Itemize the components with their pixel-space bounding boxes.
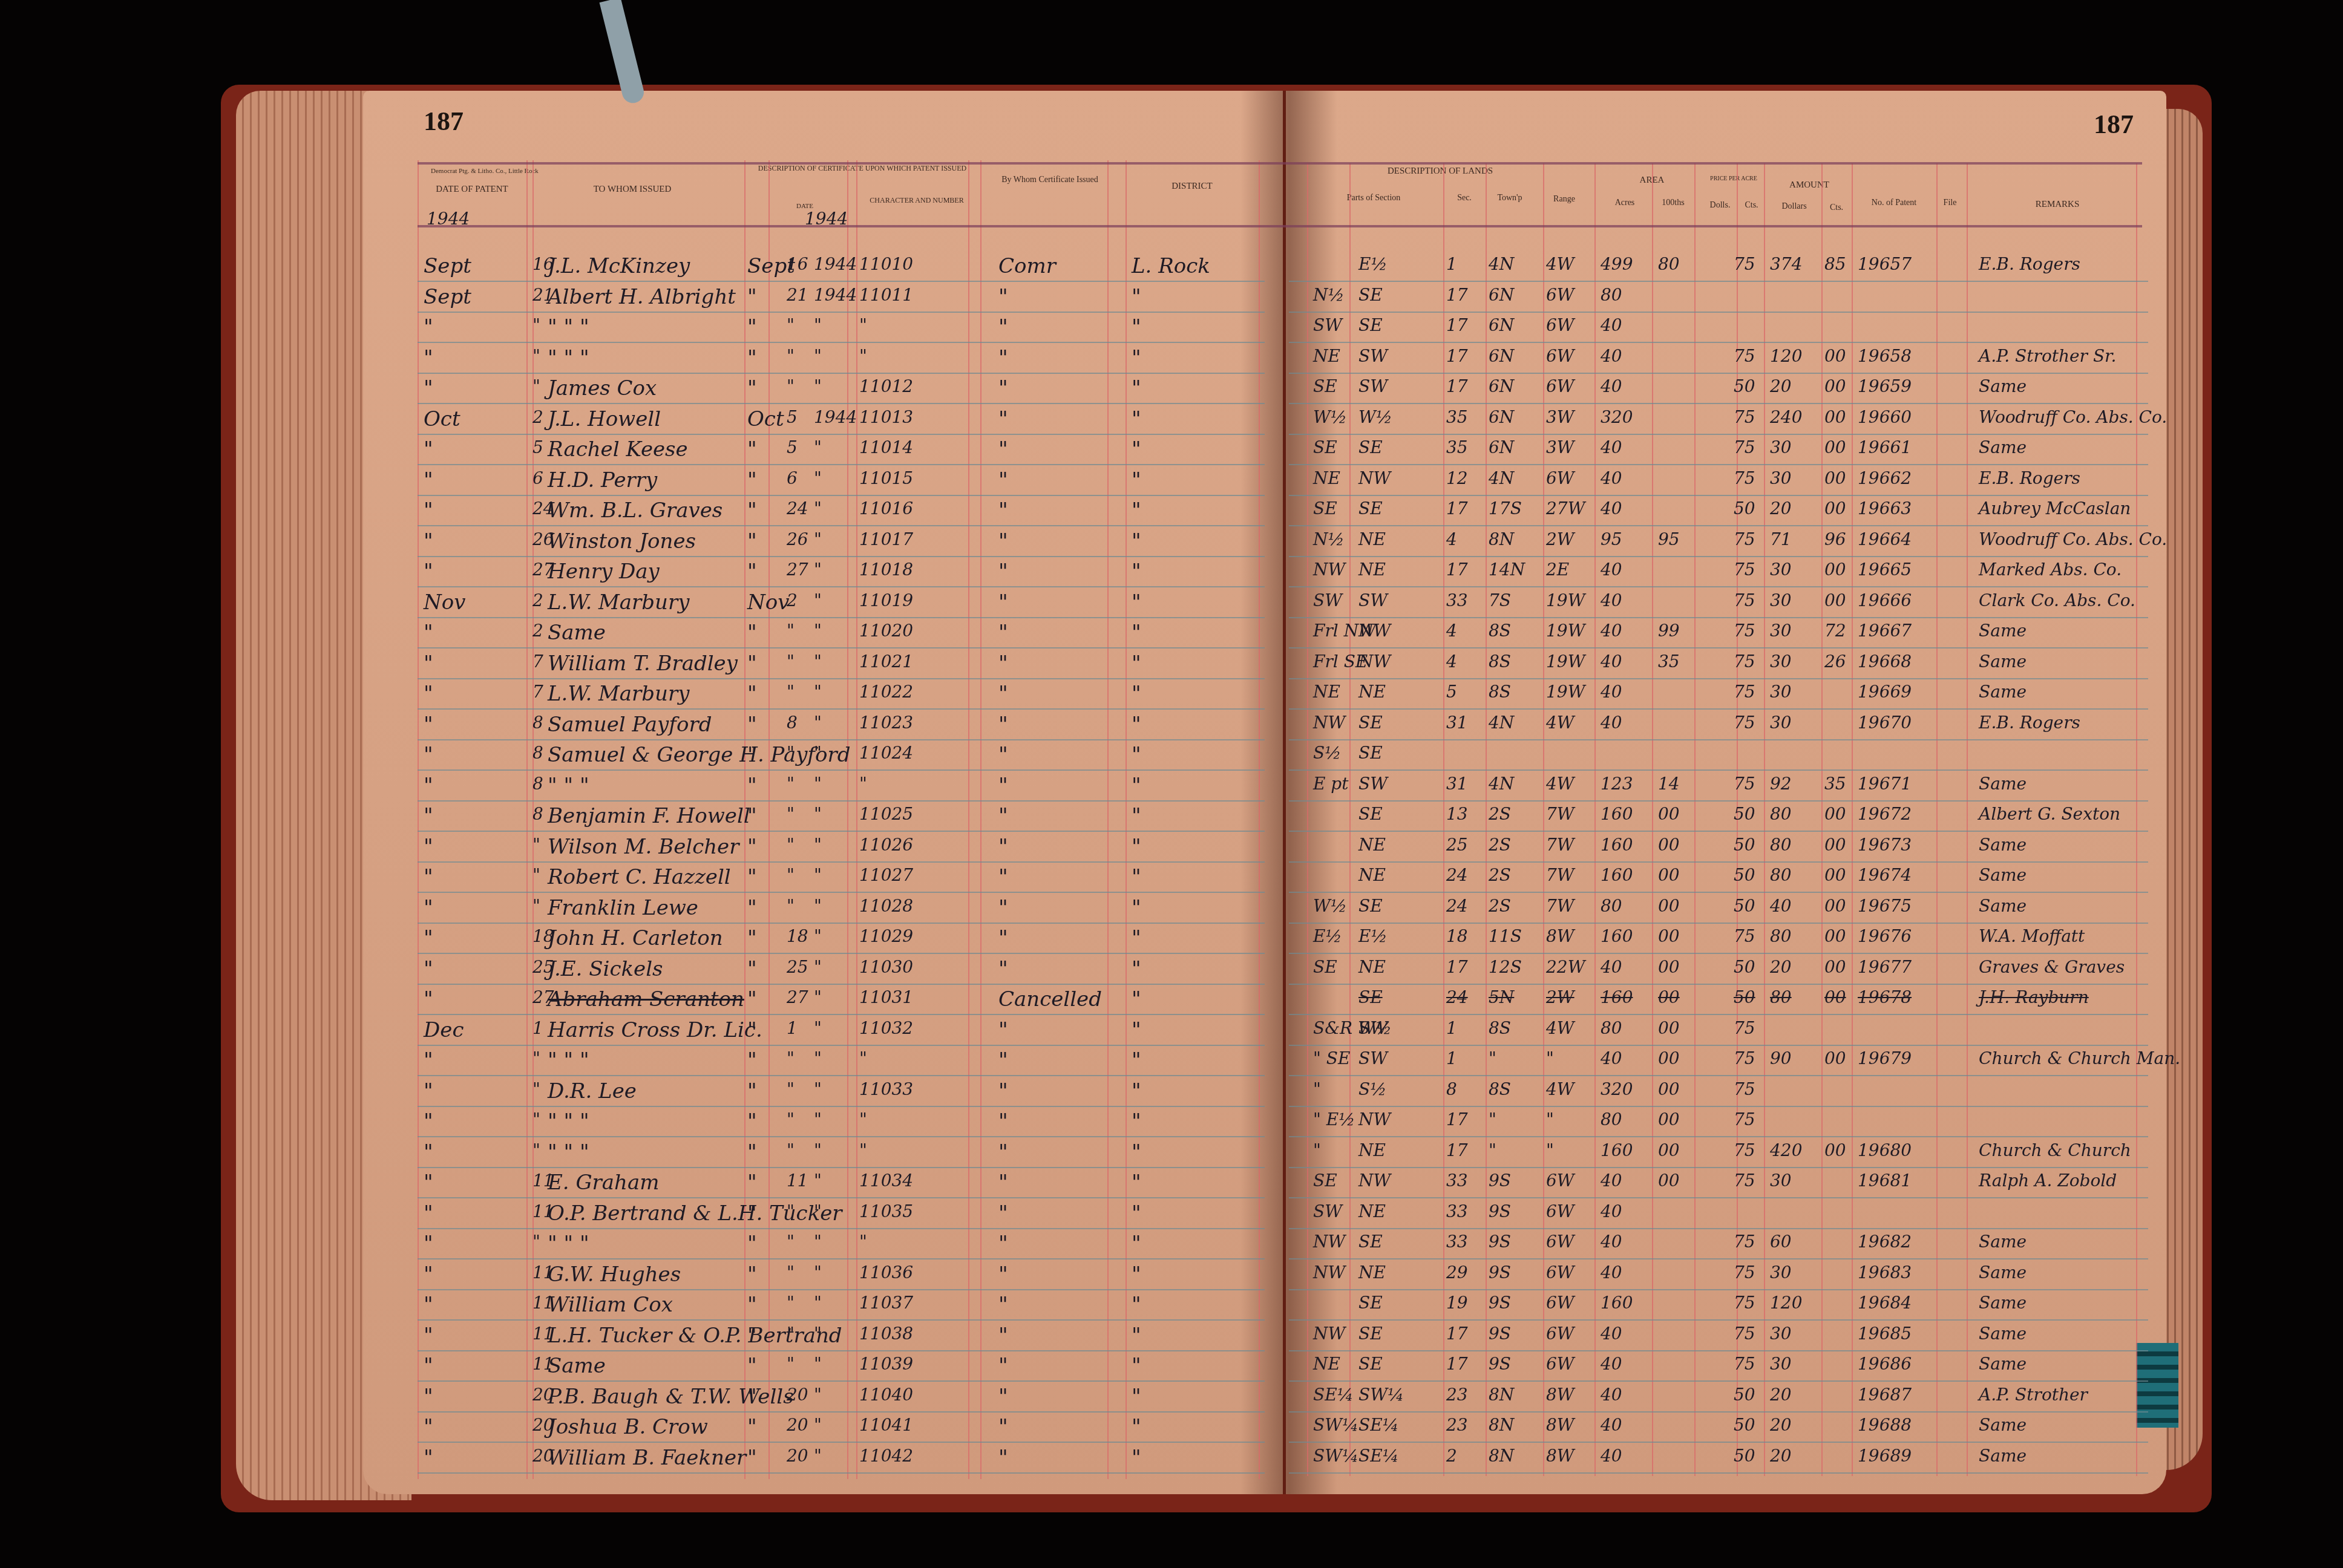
ruled-line — [1289, 647, 2148, 648]
left-row-by-whom: Cancelled — [998, 987, 1102, 1011]
right-row-sub: SW — [1358, 1048, 1388, 1068]
ruled-line — [1289, 953, 2148, 954]
right-row-sub: SE — [1358, 713, 1383, 733]
left-row-district: " — [1132, 468, 1141, 492]
right-row-cts: 50 — [1734, 957, 1755, 977]
right-row-sec: 4 — [1446, 529, 1457, 549]
right-row-acres: 160 — [1601, 1293, 1633, 1313]
left-row-name: E. Graham — [548, 1171, 660, 1195]
right-row-amt-d: 90 — [1770, 1048, 1792, 1068]
left-row-month: " — [424, 743, 433, 767]
right-row-sub: SW — [1358, 346, 1388, 366]
left-row-cert-day: 11 — [787, 1171, 808, 1191]
left-row-month: " — [424, 1293, 433, 1317]
right-row-acres: 40 — [1601, 437, 1622, 457]
left-row-district: " — [1132, 560, 1141, 584]
right-row-rng: 6W — [1546, 1232, 1575, 1252]
right-row-sub: NE — [1358, 957, 1386, 977]
right-row-twp: 9S — [1489, 1232, 1511, 1252]
left-row-cert-day: " — [787, 1293, 795, 1313]
left-row-cert-year: " — [814, 529, 822, 549]
left-row-number: 11033 — [859, 1079, 913, 1099]
ruled-line — [418, 1045, 1265, 1046]
right-row-amt-d: 30 — [1770, 682, 1792, 702]
right-row-cts: 75 — [1734, 1263, 1755, 1282]
right-row-cts: 50 — [1734, 1446, 1755, 1466]
right-row-patent: 19664 — [1858, 529, 1912, 549]
header-acres: Acres — [1604, 198, 1646, 208]
left-row-cert-day: 20 — [787, 1385, 808, 1405]
right-row-rng: " — [1546, 1109, 1554, 1129]
ruled-line — [1289, 708, 2148, 710]
ruled-line — [1289, 1442, 2148, 1443]
right-row-twp: 8N — [1489, 529, 1514, 549]
right-row-rng: 3W — [1546, 437, 1575, 457]
right-row-rng: 7W — [1546, 804, 1575, 824]
right-row-sec: 23 — [1446, 1385, 1468, 1405]
left-row-district: " — [1132, 926, 1141, 950]
left-row-by-whom: " — [998, 926, 1008, 950]
right-row-amt-c: 96 — [1824, 529, 1846, 549]
right-row-amt-c: 00 — [1824, 896, 1846, 916]
column-rule — [1126, 160, 1127, 1479]
right-row-amt-c: 00 — [1824, 590, 1846, 610]
left-row-number: 11025 — [859, 804, 913, 824]
right-row-patent: 19662 — [1858, 468, 1912, 488]
right-row-sub: E½ — [1358, 926, 1388, 946]
ruled-line — [1289, 403, 2148, 404]
left-row-name: L.W. Marbury — [548, 590, 689, 615]
left-row-cert-month: " — [747, 1293, 757, 1317]
left-row-number: " — [859, 346, 867, 366]
right-row-sub: SE — [1358, 1354, 1383, 1374]
right-row-sub: SW — [1358, 774, 1388, 794]
header-no-of-patent: No. of Patent — [1855, 198, 1933, 208]
left-row-month: " — [424, 376, 433, 400]
right-row-amt-d: 120 — [1770, 1293, 1802, 1313]
right-row-patent: 19677 — [1858, 957, 1912, 977]
right-row-patent: 19659 — [1858, 376, 1912, 396]
right-row-sec: 24 — [1446, 865, 1468, 885]
right-row-patent: 19685 — [1858, 1324, 1912, 1344]
right-row-acres: 40 — [1601, 1446, 1622, 1466]
left-row-number: 11015 — [859, 468, 913, 488]
left-row-cert-year: " — [814, 926, 822, 946]
left-row-district: " — [1132, 590, 1141, 615]
right-row-sub: NE — [1358, 835, 1386, 855]
right-row-cts: 75 — [1734, 1048, 1755, 1068]
column-rule — [1486, 163, 1487, 1476]
left-row-cert-day: 27 — [787, 560, 808, 580]
ruled-line — [418, 831, 1265, 832]
right-row-amt-c: 00 — [1824, 498, 1846, 518]
left-row-by-whom: " — [998, 468, 1008, 492]
header-character-number: CHARACTER and NUMBER — [859, 197, 974, 205]
right-row-acres: 320 — [1601, 1079, 1633, 1099]
left-row-cert-day: " — [787, 1079, 795, 1099]
right-row-sub: SE — [1358, 1232, 1383, 1252]
right-row-remarks: Same — [1979, 1263, 2027, 1282]
right-row-amt-d: 374 — [1770, 254, 1802, 274]
ruled-line — [1289, 831, 2148, 832]
right-row-amt-d: 30 — [1770, 437, 1792, 457]
right-row-part: NE — [1313, 682, 1340, 702]
right-row-sec: 5 — [1446, 682, 1457, 702]
left-row-cert-year: " — [814, 1446, 822, 1466]
right-row-amt-d: 71 — [1770, 529, 1792, 549]
right-row-acres: 40 — [1601, 1232, 1622, 1252]
right-row-part: NW — [1313, 1232, 1345, 1252]
right-row-remarks: Same — [1979, 896, 2027, 916]
right-row-sub: NE — [1358, 560, 1386, 580]
right-row-amt-c: 00 — [1824, 804, 1846, 824]
left-row-cert-year: " — [814, 652, 822, 671]
left-row-cert-month: " — [747, 865, 757, 889]
printer-imprint: Democrat Ptg. & Litho. Co., Little Rock — [431, 168, 539, 175]
left-row-number: " — [859, 1048, 867, 1068]
right-row-cts: 75 — [1734, 560, 1755, 580]
left-row-by-whom: " — [998, 652, 1008, 676]
left-row-by-whom: " — [998, 590, 1008, 615]
right-row-part: SE — [1313, 376, 1337, 396]
left-row-cert-month: " — [747, 1232, 757, 1256]
left-row-cert-day: " — [787, 1201, 795, 1221]
right-row-acres: 40 — [1601, 682, 1622, 702]
left-row-month: Sept — [424, 254, 471, 278]
right-row-amt-d: 30 — [1770, 468, 1792, 488]
left-row-number: 11039 — [859, 1354, 913, 1374]
ruled-line — [1289, 464, 2148, 465]
left-row-cert-year: " — [814, 682, 822, 702]
left-row-cert-day: " — [787, 682, 795, 702]
right-row-twp: 5N — [1489, 987, 1514, 1007]
left-row-month: " — [424, 926, 433, 950]
right-row-hund: 00 — [1658, 1140, 1680, 1160]
ruled-line — [418, 800, 1265, 802]
right-row-patent: 19660 — [1858, 407, 1912, 427]
left-row-name: Winston Jones — [548, 529, 696, 554]
left-row-name: William T. Bradley — [548, 652, 738, 676]
right-row-twp: 8S — [1489, 621, 1511, 641]
right-row-sec: 1 — [1446, 1018, 1457, 1038]
right-row-cts: 75 — [1734, 1018, 1755, 1038]
left-row-cert-day: 18 — [787, 926, 808, 946]
ruled-line — [418, 342, 1265, 343]
right-row-twp: 8S — [1489, 652, 1511, 671]
right-row-hund: 00 — [1658, 896, 1680, 916]
right-row-acres: 160 — [1601, 987, 1633, 1007]
left-row-name: J.E. Sickels — [548, 957, 663, 981]
left-row-name: John H. Carleton — [548, 926, 723, 950]
ruled-line — [418, 1442, 1265, 1443]
right-row-patent: 19689 — [1858, 1446, 1912, 1466]
right-row-sub: SE — [1358, 1293, 1383, 1313]
right-row-twp: 14N — [1489, 560, 1525, 580]
right-row-amt-d: 80 — [1770, 987, 1792, 1007]
ruled-line — [1289, 342, 2148, 343]
left-row-cert-year: " — [814, 376, 822, 396]
left-row-name: P.B. Baugh & T.W. Wells — [548, 1385, 794, 1409]
left-row-day: 5 — [532, 437, 543, 457]
left-row-number: " — [859, 1109, 867, 1129]
right-row-rng: 6W — [1546, 468, 1575, 488]
left-row-cert-year: " — [814, 1415, 822, 1435]
left-row-cert-day: 2 — [787, 590, 798, 610]
left-row-number: 11012 — [859, 376, 913, 396]
left-row-cert-month: " — [747, 1415, 757, 1439]
right-row-patent: 19679 — [1858, 1048, 1912, 1068]
right-row-cts: 75 — [1734, 713, 1755, 733]
left-row-month: " — [424, 652, 433, 676]
right-row-acres: 80 — [1601, 1109, 1622, 1129]
left-row-cert-year: " — [814, 987, 822, 1007]
ruled-line — [418, 586, 1265, 587]
right-row-acres: 160 — [1601, 865, 1633, 885]
right-row-sub: NE — [1358, 1140, 1386, 1160]
right-row-sec: 31 — [1446, 713, 1468, 733]
left-row-cert-year: " — [814, 1232, 822, 1252]
right-row-cts: 50 — [1734, 835, 1755, 855]
left-row-day: " — [532, 896, 540, 916]
left-row-number: 11027 — [859, 865, 913, 885]
right-row-sub: NE — [1358, 1263, 1386, 1282]
right-row-twp: 2S — [1489, 896, 1511, 916]
right-row-cts: 75 — [1734, 437, 1755, 457]
left-row-day: " — [532, 376, 540, 396]
left-row-name: Henry Day — [548, 560, 660, 584]
left-row-cert-month: " — [747, 652, 757, 676]
column-rule — [1349, 163, 1351, 1476]
left-row-name: H.D. Perry — [548, 468, 657, 492]
right-row-sec: 17 — [1446, 1324, 1468, 1344]
right-row-rng: 8W — [1546, 1385, 1575, 1405]
left-row-by-whom: " — [998, 1171, 1008, 1195]
left-row-by-whom: " — [998, 743, 1008, 767]
right-row-twp: 9S — [1489, 1293, 1511, 1313]
right-row-amt-d: 60 — [1770, 1232, 1792, 1252]
left-row-district: " — [1132, 682, 1141, 706]
left-row-cert-month: " — [747, 346, 757, 370]
right-row-rng: 4W — [1546, 254, 1575, 274]
right-row-remarks: J.H. Rayburn — [1979, 987, 2089, 1007]
left-row-cert-year: " — [814, 1079, 822, 1099]
right-row-twp: 9S — [1489, 1171, 1511, 1191]
left-row-month: " — [424, 957, 433, 981]
left-row-month: " — [424, 1048, 433, 1073]
right-row-part: NE — [1313, 468, 1340, 488]
left-row-month: " — [424, 1324, 433, 1348]
right-row-amt-d: 30 — [1770, 1171, 1792, 1191]
left-row-district: " — [1132, 407, 1141, 431]
right-row-cts: 50 — [1734, 1385, 1755, 1405]
right-row-sub: SW — [1358, 376, 1388, 396]
right-row-sec: 12 — [1446, 468, 1468, 488]
ruled-line — [1289, 1167, 2148, 1168]
right-row-remarks: Church & Church Man. — [1979, 1048, 2180, 1068]
left-row-cert-month: " — [747, 621, 757, 645]
right-row-part: " — [1313, 1140, 1321, 1160]
right-row-acres: 160 — [1601, 804, 1633, 824]
left-row-by-whom: " — [998, 376, 1008, 400]
left-row-by-whom: " — [998, 1201, 1008, 1226]
left-row-cert-day: 5 — [787, 407, 798, 427]
right-row-sub: S½ — [1358, 1079, 1386, 1099]
left-row-cert-day: " — [787, 376, 795, 396]
right-row-amt-d: 30 — [1770, 590, 1792, 610]
right-row-sec: 33 — [1446, 590, 1468, 610]
left-row-number: 11024 — [859, 743, 913, 763]
left-row-by-whom: " — [998, 1293, 1008, 1317]
right-row-sec: 17 — [1446, 560, 1468, 580]
right-row-sec: 17 — [1446, 1140, 1468, 1160]
left-row-number: 11029 — [859, 926, 913, 946]
right-row-part: W½ — [1313, 896, 1347, 916]
left-row-month: Dec — [424, 1018, 464, 1042]
left-row-cert-month: " — [747, 1048, 757, 1073]
right-row-sec: 35 — [1446, 437, 1468, 457]
left-row-name: Same — [548, 621, 606, 645]
right-row-acres: 80 — [1601, 285, 1622, 305]
left-row-by-whom: " — [998, 346, 1008, 370]
right-row-cts: 75 — [1734, 254, 1755, 274]
left-row-by-whom: " — [998, 682, 1008, 706]
left-row-cert-month: " — [747, 1324, 757, 1348]
right-row-part: SW¼ — [1313, 1415, 1358, 1435]
right-row-twp: 17S — [1489, 498, 1522, 518]
left-row-name: Wilson M. Belcher — [548, 835, 739, 859]
right-row-patent: 19683 — [1858, 1263, 1912, 1282]
ruled-line — [418, 617, 1265, 618]
right-row-acres: 40 — [1601, 1385, 1622, 1405]
right-row-rng: 27W — [1546, 498, 1585, 518]
right-row-sub: SW — [1358, 590, 1388, 610]
index-tabs — [2136, 1343, 2178, 1428]
right-row-amt-d: 80 — [1770, 804, 1792, 824]
header-township: Town'p — [1486, 194, 1534, 203]
left-row-name: Wm. B.L. Graves — [548, 498, 723, 523]
right-row-sub: SE — [1358, 498, 1383, 518]
right-row-part: SE — [1313, 1171, 1337, 1191]
right-row-acres: 40 — [1601, 560, 1622, 580]
left-row-month: " — [424, 1263, 433, 1287]
right-row-remarks: E.B. Rogers — [1979, 713, 2080, 733]
left-row-cert-month: " — [747, 1385, 757, 1409]
right-row-twp: 4N — [1489, 468, 1514, 488]
right-row-sec: 25 — [1446, 835, 1468, 855]
column-rule — [1967, 163, 1968, 1476]
left-row-name: " " " — [548, 774, 589, 798]
right-row-part: SW — [1313, 590, 1342, 610]
left-row-month: " — [424, 315, 433, 339]
left-row-name: " " " — [548, 1232, 589, 1256]
left-row-district: " — [1132, 1079, 1141, 1103]
right-row-acres: 160 — [1601, 926, 1633, 946]
right-row-acres: 160 — [1601, 835, 1633, 855]
right-row-remarks: Graves & Graves — [1979, 957, 2125, 977]
header-amount-group: AMOUNT — [1767, 180, 1852, 191]
right-row-part: NE — [1313, 346, 1340, 366]
right-row-acres: 40 — [1601, 957, 1622, 977]
header-100ths: 100ths — [1652, 198, 1694, 208]
right-row-hund: 00 — [1658, 926, 1680, 946]
right-row-cts: 75 — [1734, 346, 1755, 366]
right-row-sub: NW — [1358, 468, 1391, 488]
header-price-group: PRICE PER ACRE — [1703, 175, 1764, 183]
right-row-sec: 29 — [1446, 1263, 1468, 1282]
left-row-cert-month: " — [747, 1171, 757, 1195]
left-row-by-whom: " — [998, 621, 1008, 645]
left-row-district: " — [1132, 896, 1141, 920]
left-row-month: " — [424, 529, 433, 554]
right-row-sub: SE — [1358, 896, 1383, 916]
right-row-remarks: Aubrey McCaslan — [1979, 498, 2131, 518]
right-row-cts: 75 — [1734, 621, 1755, 641]
column-rule — [1936, 163, 1938, 1476]
right-row-hund: 14 — [1658, 774, 1680, 794]
left-row-cert-month: " — [747, 713, 757, 737]
ruled-line — [418, 739, 1265, 740]
left-row-by-whom: " — [998, 1324, 1008, 1348]
right-row-remarks: Same — [1979, 835, 2027, 855]
right-row-acres: 40 — [1601, 590, 1622, 610]
left-row-cert-year: 1944 — [814, 254, 857, 274]
left-row-day: 6 — [532, 468, 543, 488]
ruled-line — [418, 1167, 1265, 1168]
left-row-by-whom: " — [998, 407, 1008, 431]
column-rule — [2136, 163, 2137, 1476]
right-row-twp: 6N — [1489, 376, 1514, 396]
left-row-day: " — [532, 1079, 540, 1099]
left-row-day: " — [532, 1232, 540, 1252]
left-row-number: " — [859, 1140, 867, 1160]
left-row-district: " — [1132, 1171, 1141, 1195]
left-row-cert-month: " — [747, 376, 757, 400]
right-row-sec: 4 — [1446, 621, 1457, 641]
left-row-cert-year: " — [814, 1385, 822, 1405]
left-row-district: " — [1132, 437, 1141, 462]
left-row-number: 11038 — [859, 1324, 913, 1344]
right-row-part: SW — [1313, 1201, 1342, 1221]
right-row-amt-c: 72 — [1824, 621, 1846, 641]
right-row-amt-d: 80 — [1770, 865, 1792, 885]
right-row-sec: 13 — [1446, 804, 1468, 824]
left-row-number: 11034 — [859, 1171, 913, 1191]
right-row-rng: 19W — [1546, 621, 1585, 641]
right-row-sec: 18 — [1446, 926, 1468, 946]
right-row-rng: 8W — [1546, 926, 1575, 946]
right-row-cts: 75 — [1734, 1324, 1755, 1344]
left-row-cert-month: Oct — [747, 407, 784, 431]
left-row-day: 1 — [532, 1018, 543, 1038]
ruled-line — [418, 556, 1265, 557]
left-row-district: " — [1132, 498, 1141, 523]
ruled-line — [1289, 1014, 2148, 1015]
left-row-cert-day: 20 — [787, 1446, 808, 1466]
left-row-day: 2 — [532, 590, 543, 610]
right-row-remarks: W.A. Moffatt — [1979, 926, 2085, 946]
left-row-month: " — [424, 1201, 433, 1226]
right-row-sec: 33 — [1446, 1201, 1468, 1221]
ruled-line — [1289, 984, 2148, 985]
left-row-by-whom: " — [998, 437, 1008, 462]
left-row-cert-month: " — [747, 987, 757, 1011]
ruled-line — [1289, 1075, 2148, 1076]
left-row-day: " — [532, 1140, 540, 1160]
right-row-hund: 00 — [1658, 1171, 1680, 1191]
left-row-month: " — [424, 1109, 433, 1134]
right-row-hund: 00 — [1658, 1079, 1680, 1099]
right-row-rng: 4W — [1546, 1018, 1575, 1038]
